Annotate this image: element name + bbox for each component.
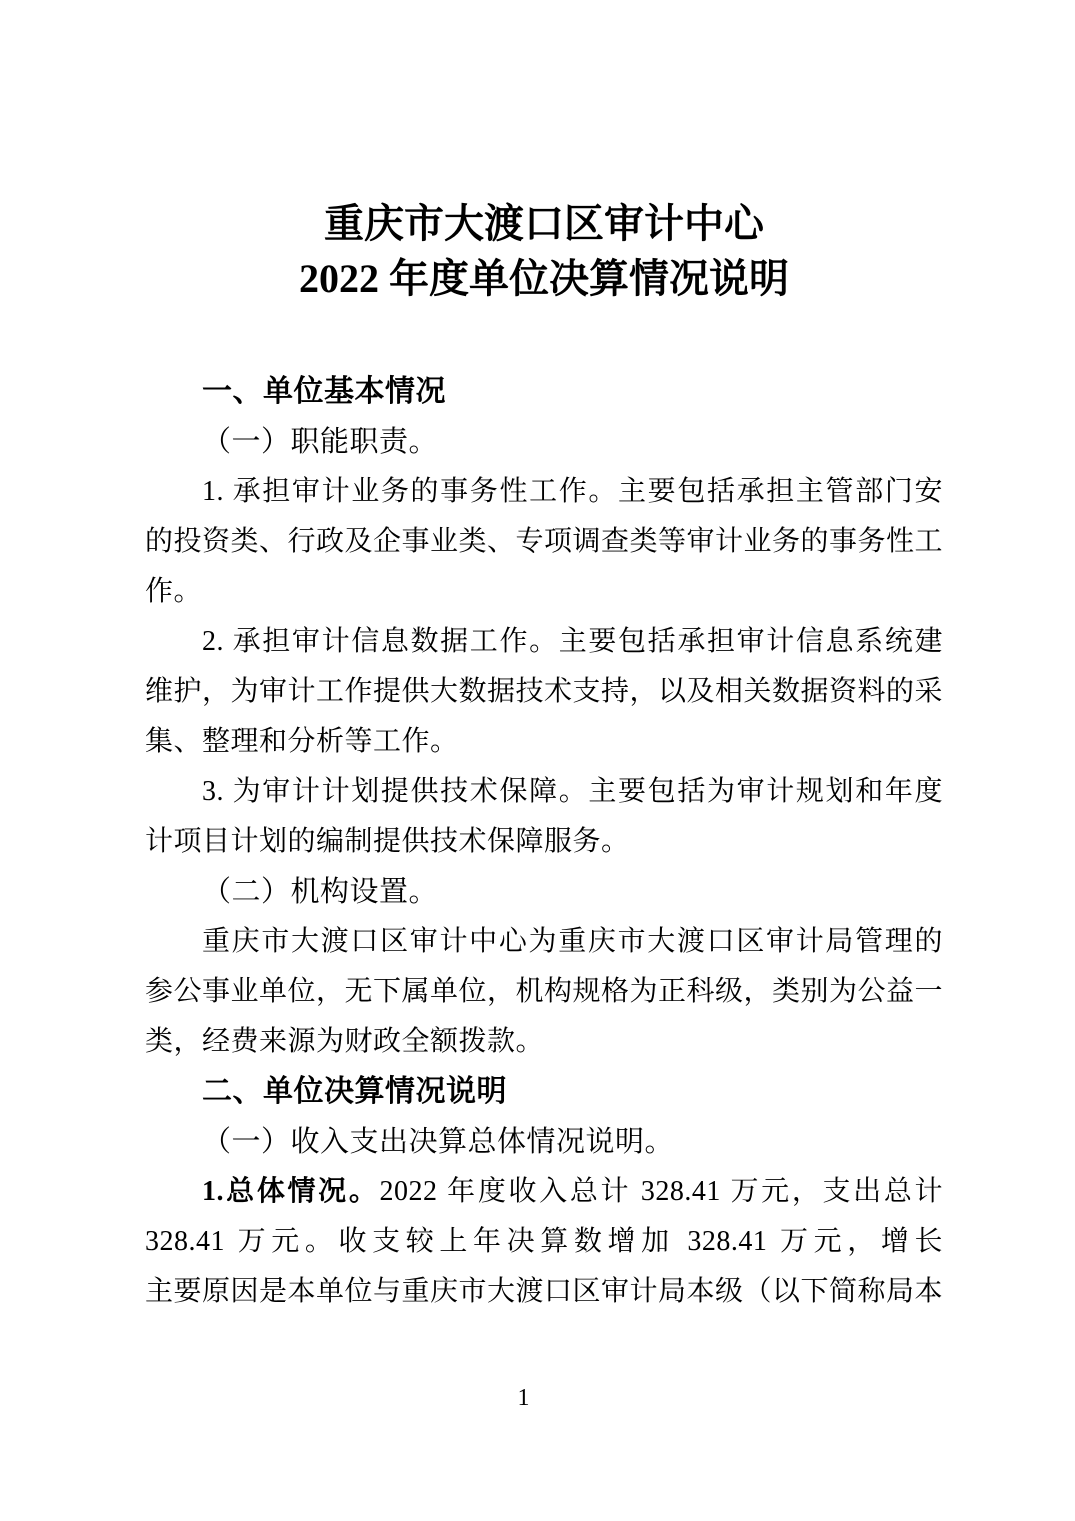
text-segment: 重庆市大渡口区审计中心为重庆市大渡口区审计局管理的 (202, 926, 943, 957)
text-line: 1.总体情况。2022 年度收入总计 328.41 万元，支出总计 (145, 1167, 943, 1217)
text-line: 二、单位决算情况说明 (145, 1067, 943, 1117)
text-segment: 维护，为审计工作提供大数据技术支持，以及相关数据资料的采 (145, 676, 943, 707)
text-line: （一）收入支出决算总体情况说明。 (145, 1117, 943, 1167)
text-segment: 1.总体情况。 (202, 1176, 380, 1207)
text-line: 的投资类、行政及企事业类、专项调查类等审计业务的事务性工 (145, 517, 943, 567)
text-segment: （二）机构设置。 (202, 876, 438, 908)
text-line: 重庆市大渡口区审计中心为重庆市大渡口区审计局管理的 (145, 917, 943, 967)
text-segment: 计项目计划的编制提供技术保障服务。 (145, 826, 630, 857)
text-line: 主要原因是本单位与重庆市大渡口区审计局本级（以下简称局本 (145, 1267, 943, 1317)
text-line: 1. 承担审计业务的事务性工作。主要包括承担主管部门安排 (145, 467, 943, 517)
text-segment: 的投资类、行政及企事业类、专项调查类等审计业务的事务性工 (145, 526, 943, 557)
text-segment: （一）职能职责。 (202, 426, 438, 458)
text-segment: （一）收入支出决算总体情况说明。 (202, 1126, 674, 1158)
text-segment: 2. 承担审计信息数据工作。主要包括承担审计信息系统建设 (145, 626, 943, 667)
page-number: 1 (0, 1384, 1061, 1412)
text-segment: 一、单位基本情况 (202, 375, 446, 408)
text-line: 维护，为审计工作提供大数据技术支持，以及相关数据资料的采 (145, 667, 943, 717)
text-line: 2. 承担审计信息数据工作。主要包括承担审计信息系统建设 (145, 617, 943, 667)
title-line: 重庆市大渡口区审计中心 (145, 196, 943, 251)
document-page: 重庆市大渡口区审计中心2022 年度单位决算情况说明 一、单位基本情况（一）职能… (0, 0, 1075, 1521)
text-segment: 2022 年度收入总计 328.41 万元，支出总计 (380, 1176, 943, 1207)
document-title: 重庆市大渡口区审计中心2022 年度单位决算情况说明 (145, 196, 943, 306)
title-line: 2022 年度单位决算情况说明 (145, 251, 943, 306)
text-segment: 1. 承担审计业务的事务性工作。主要包括承担主管部门安排 (145, 476, 943, 517)
text-line: 328.41 万元。收支较上年决算数增加 328.41 万元，增长 100.0%… (145, 1217, 943, 1267)
text-segment: 328.41 万元。收支较上年决算数增加 328.41 万元，增长 100.0%… (145, 1226, 943, 1267)
text-line: （一）职能职责。 (145, 417, 943, 467)
text-line: 作。 (145, 567, 943, 617)
text-segment: 作。 (145, 576, 202, 607)
text-line: 计项目计划的编制提供技术保障服务。 (145, 817, 943, 867)
text-line: 参公事业单位，无下属单位，机构规格为正科级，类别为公益一 (145, 967, 943, 1017)
text-segment: 主要原因是本单位与重庆市大渡口区审计局本级（以下简称局本 (145, 1276, 943, 1307)
text-line: （二）机构设置。 (145, 867, 943, 917)
text-segment: 二、单位决算情况说明 (202, 1075, 507, 1108)
text-segment: 参公事业单位，无下属单位，机构规格为正科级，类别为公益一 (145, 976, 943, 1007)
text-line: 3. 为审计计划提供技术保障。主要包括为审计规划和年度审 (145, 767, 943, 817)
document-body: 一、单位基本情况（一）职能职责。1. 承担审计业务的事务性工作。主要包括承担主管… (145, 367, 943, 1317)
text-segment: 3. 为审计计划提供技术保障。主要包括为审计规划和年度审 (145, 776, 943, 817)
text-line: 集、整理和分析等工作。 (145, 717, 943, 767)
text-line: 类，经费来源为财政全额拨款。 (145, 1017, 943, 1067)
text-line: 一、单位基本情况 (145, 367, 943, 417)
text-segment: 集、整理和分析等工作。 (145, 726, 459, 757)
text-segment: 类，经费来源为财政全额拨款。 (145, 1026, 544, 1057)
